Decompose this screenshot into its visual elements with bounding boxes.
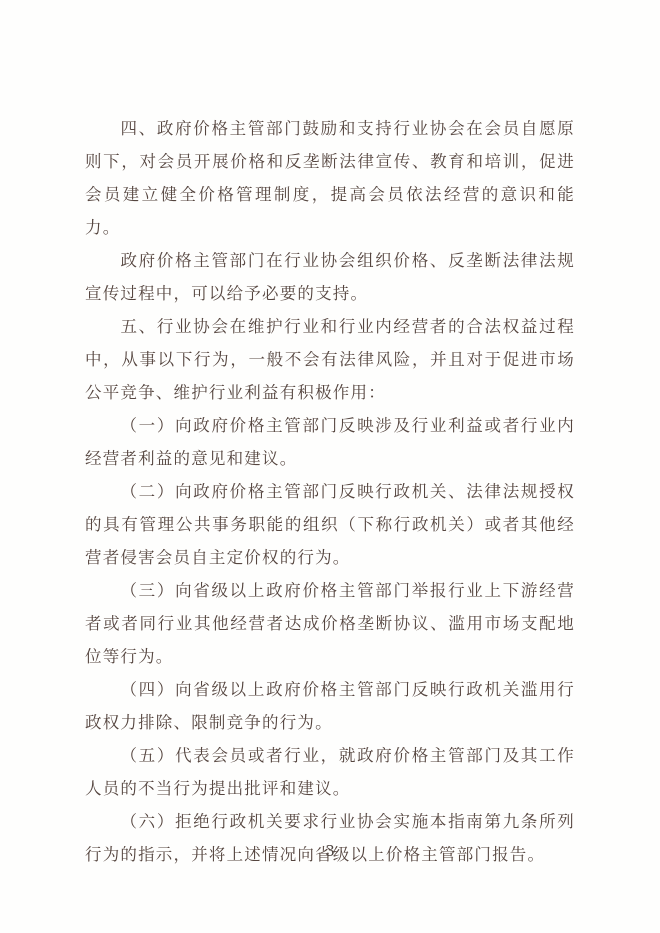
paragraph-item-4: （四）向省级以上政府价格主管部门反映行政机关滥用行政权力排除、限制竞争的行为。	[85, 673, 575, 739]
document-page: 四、政府价格主管部门鼓励和支持行业协会在会员自愿原则下，对会员开展价格和反垄断法…	[0, 0, 660, 933]
paragraph-item-1: （一）向政府价格主管部门反映涉及行业利益或者行业内经营者利益的意见和建议。	[85, 409, 575, 475]
paragraph-item-3: （三）向省级以上政府价格主管部门举报行业上下游经营者或者同行业其他经营者达成价格…	[85, 574, 575, 673]
paragraph-section-4: 四、政府价格主管部门鼓励和支持行业协会在会员自愿原则下，对会员开展价格和反垄断法…	[85, 112, 575, 244]
page-number: 3	[0, 840, 660, 862]
paragraph-item-5: （五）代表会员或者行业，就政府价格主管部门及其工作人员的不当行为提出批评和建议。	[85, 739, 575, 805]
paragraph-section-5: 五、行业协会在维护行业和行业内经营者的合法权益过程中，从事以下行为，一般不会有法…	[85, 310, 575, 409]
document-body: 四、政府价格主管部门鼓励和支持行业协会在会员自愿原则下，对会员开展价格和反垄断法…	[85, 112, 575, 871]
paragraph-item-2: （二）向政府价格主管部门反映行政机关、法律法规授权的具有管理公共事务职能的组织（…	[85, 475, 575, 574]
paragraph-section-4-support: 政府价格主管部门在行业协会组织价格、反垄断法律法规宣传过程中，可以给予必要的支持…	[85, 244, 575, 310]
